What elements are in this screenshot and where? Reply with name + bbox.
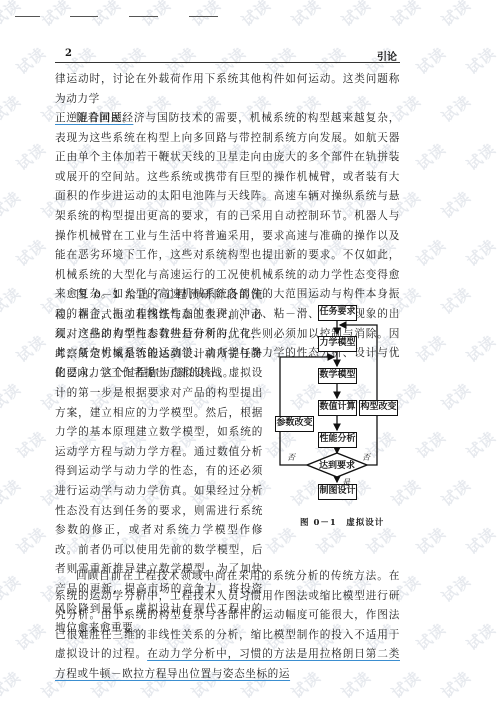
watermark-text: 试读 [0,378,25,415]
node-config-change: 构型改变 [359,400,398,416]
watermark-text: 试读 [12,234,50,271]
label-no-right: 否 [362,452,370,463]
watermark-text: 试读 [462,138,499,175]
watermark-text: 试读 [0,186,25,223]
node-performance-analysis: 性能分析 [318,432,357,448]
watermark-text: 试读 [0,282,25,319]
watermark-text: 试读 [337,0,375,31]
watermark-text: 试读 [12,522,50,559]
page-number: 2 [65,48,72,59]
watermark-text: 试读 [412,42,450,79]
watermark-text: 试读 [287,0,325,31]
label-yes: 是 [342,477,350,488]
watermark-text: 试读 [12,426,50,463]
watermark-text: 试读 [462,42,499,79]
flowchart-figure: 任务要求 力学模型 数学模型 数值计算 构型改变 参数改变 性能分析 达到要求 … [270,298,420,533]
node-task-requirements: 任务要求 [318,305,357,321]
paragraph-methods: 回顾目前在工程技术领域中尚在采用的系统分析的传统方法。在系统的运动学分析中，工程… [55,567,400,685]
watermark-text: 试读 [0,90,25,127]
watermark-text: 试读 [412,138,450,175]
watermark-text: 试读 [462,618,499,655]
node-numeric-calc: 数值计算 [318,400,357,416]
node-math-model: 数学模型 [318,368,357,384]
watermark-text: 试读 [412,618,450,655]
node-decision-label: 达到要求 [317,458,357,471]
watermark-text: 试读 [412,234,450,271]
node-mechanics-model: 力学模型 [318,336,357,352]
node-drawing-design: 制图设计 [318,484,357,500]
paragraph-text: 回顾目前在工程技术领域中尚在采用的系统分析的传统方法。在系统的运动学分析中，工程… [55,570,400,660]
scan-artifact-dash [129,16,158,17]
watermark-text: 试读 [12,618,50,655]
scan-artifact-dash [70,16,98,17]
watermark-text: 试读 [462,522,499,559]
node-param-change: 参数改变 [275,416,314,432]
watermark-text: 试读 [462,234,499,271]
watermark-text: 试读 [437,282,475,319]
paragraph-line: 律运动时，讨论在外载荷作用下系统其他构件如何运动。这类问题称为动力学 [55,70,400,109]
chapter-title: 引论 [377,48,397,63]
watermark-text: 试读 [437,570,475,607]
watermark-text: 试读 [437,90,475,127]
watermark-text: 试读 [12,330,50,367]
watermark-text: 试读 [387,0,425,31]
figure-caption: 图 0－1 虚拟设计 [300,516,384,528]
watermark-text: 试读 [0,570,25,607]
header-rule [55,62,400,63]
scan-artifact-dash [15,16,40,17]
watermark-text: 试读 [437,666,475,703]
watermark-text: 试读 [462,330,499,367]
watermark-text: 试读 [437,0,475,31]
watermark-text: 试读 [0,666,25,703]
watermark-text: 试读 [12,138,50,175]
watermark-text: 试读 [437,378,475,415]
label-no-left: 否 [287,452,295,463]
running-header: 2 引论 [55,45,400,61]
watermark-text: 试读 [0,474,25,511]
watermark-text: 试读 [237,0,275,31]
watermark-text: 试读 [462,426,499,463]
watermark-text: 试读 [12,42,50,79]
watermark-text: 试读 [437,186,475,223]
scan-artifact-dash [189,16,218,17]
watermark-text: 试读 [437,474,475,511]
